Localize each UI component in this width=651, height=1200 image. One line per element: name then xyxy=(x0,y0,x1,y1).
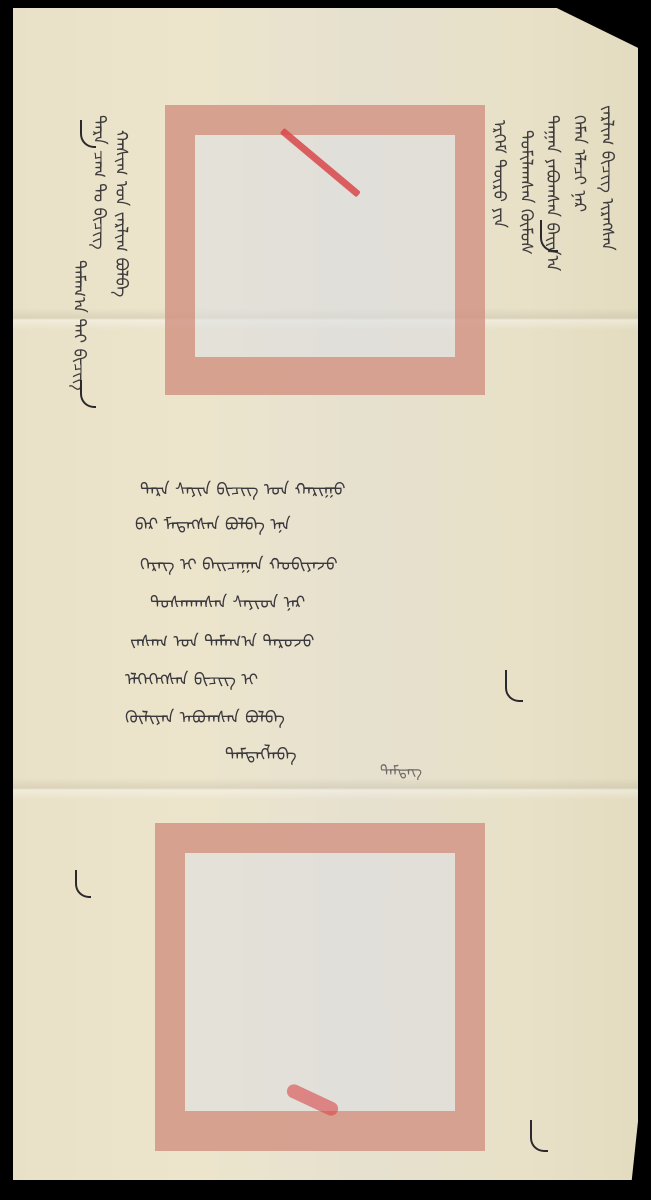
central-line-5: ᠵᠠᠰᠠᠭ ᠤᠨ ᠲᠠᠮᠠᠭ᠎ᠠ ᠳᠠᠷᠤᠵᠤ xyxy=(130,622,314,652)
central-line-3: ᠬᠡᠷᠡᠭ ᠢ ᠪᠠᠢᠴᠠᠭᠠᠨ ᠬᠤᠪᠢᠶᠠᠵᠤ xyxy=(140,545,338,575)
signature: ᠲᠡᠮᠳᠡᠭ xyxy=(380,755,422,781)
script-stroke xyxy=(530,1120,548,1152)
left-column-2: ᠬᠠᠰᠢᠭ ᠤᠨ ᠵᠠᠷᠯᠢᠭ ᠪᠣᠯᠪᠠ xyxy=(112,130,129,1030)
central-line-2: ᠪᠠᠷ ᠮᠡᠳᠡᠭᠰᠡᠨ ᠪᠣᠯᠪᠠ ᠡᠨᠡ xyxy=(135,505,291,535)
right-column-4: ᠲᠣᠮᠢᠯᠠᠭᠰᠠᠨ ᠬᠦᠮᠦᠰ xyxy=(517,130,534,690)
central-line-7: ᠬᠦᠯᠢᠶᠡᠨ ᠠᠪᠤᠭᠰᠠᠨ ᠪᠣᠯᠪᠠ xyxy=(125,698,285,728)
central-line-6: ᠡᠯᠭᠡᠭᠡᠭᠰᠡᠨ ᠪᠢᠴᠢᠭ ᠢ xyxy=(125,660,258,690)
central-line-1: ᠲᠡᠷᠡ ᠰᠠᠶᠢᠨ ᠪᠢᠴᠢᠭ ᠤᠨ ᠬᠠᠷᠢᠭᠤ xyxy=(140,470,346,500)
script-stroke xyxy=(505,670,523,702)
central-line-8: ᠲᠡᠮᠳᠡᠭᠯᠡᠪᠡ xyxy=(225,735,297,765)
central-line-4: ᠲᠤᠰᠬᠠᠭᠰᠠᠨ ᠰᠠᠶᠢᠳ ᠨᠠᠷ xyxy=(150,583,305,613)
left-column-3: ᠲᠠᠮᠠᠭ᠎ᠠ ᠲᠠᠢ ᠪᠢᠴᠢᠭ xyxy=(70,260,87,960)
right-column-2: ᠬᠡᠮᠡᠨ ᠡᠯᠡᠴᠢ ᠨᠠᠷ xyxy=(570,115,587,1165)
right-column-5: ᠡᠷᠬᠡᠮ ᠲᠥᠷᠦ ᠶᠢᠨ xyxy=(490,120,507,540)
right-column-1: ᠵᠠᠷᠯᠢᠭ ᠪᠢᠴᠢᠭ ᠢᠷᠡᠭᠰᠡᠨ xyxy=(598,105,615,1165)
left-column-1: ᠲᠡᠷᠡ ᠴᠠᠭ ᠲᠤ ᠪᠢᠴᠢᠭ xyxy=(90,115,107,1175)
upper-seal xyxy=(165,105,485,395)
script-stroke xyxy=(540,220,558,252)
lower-seal-interior xyxy=(185,853,455,1111)
